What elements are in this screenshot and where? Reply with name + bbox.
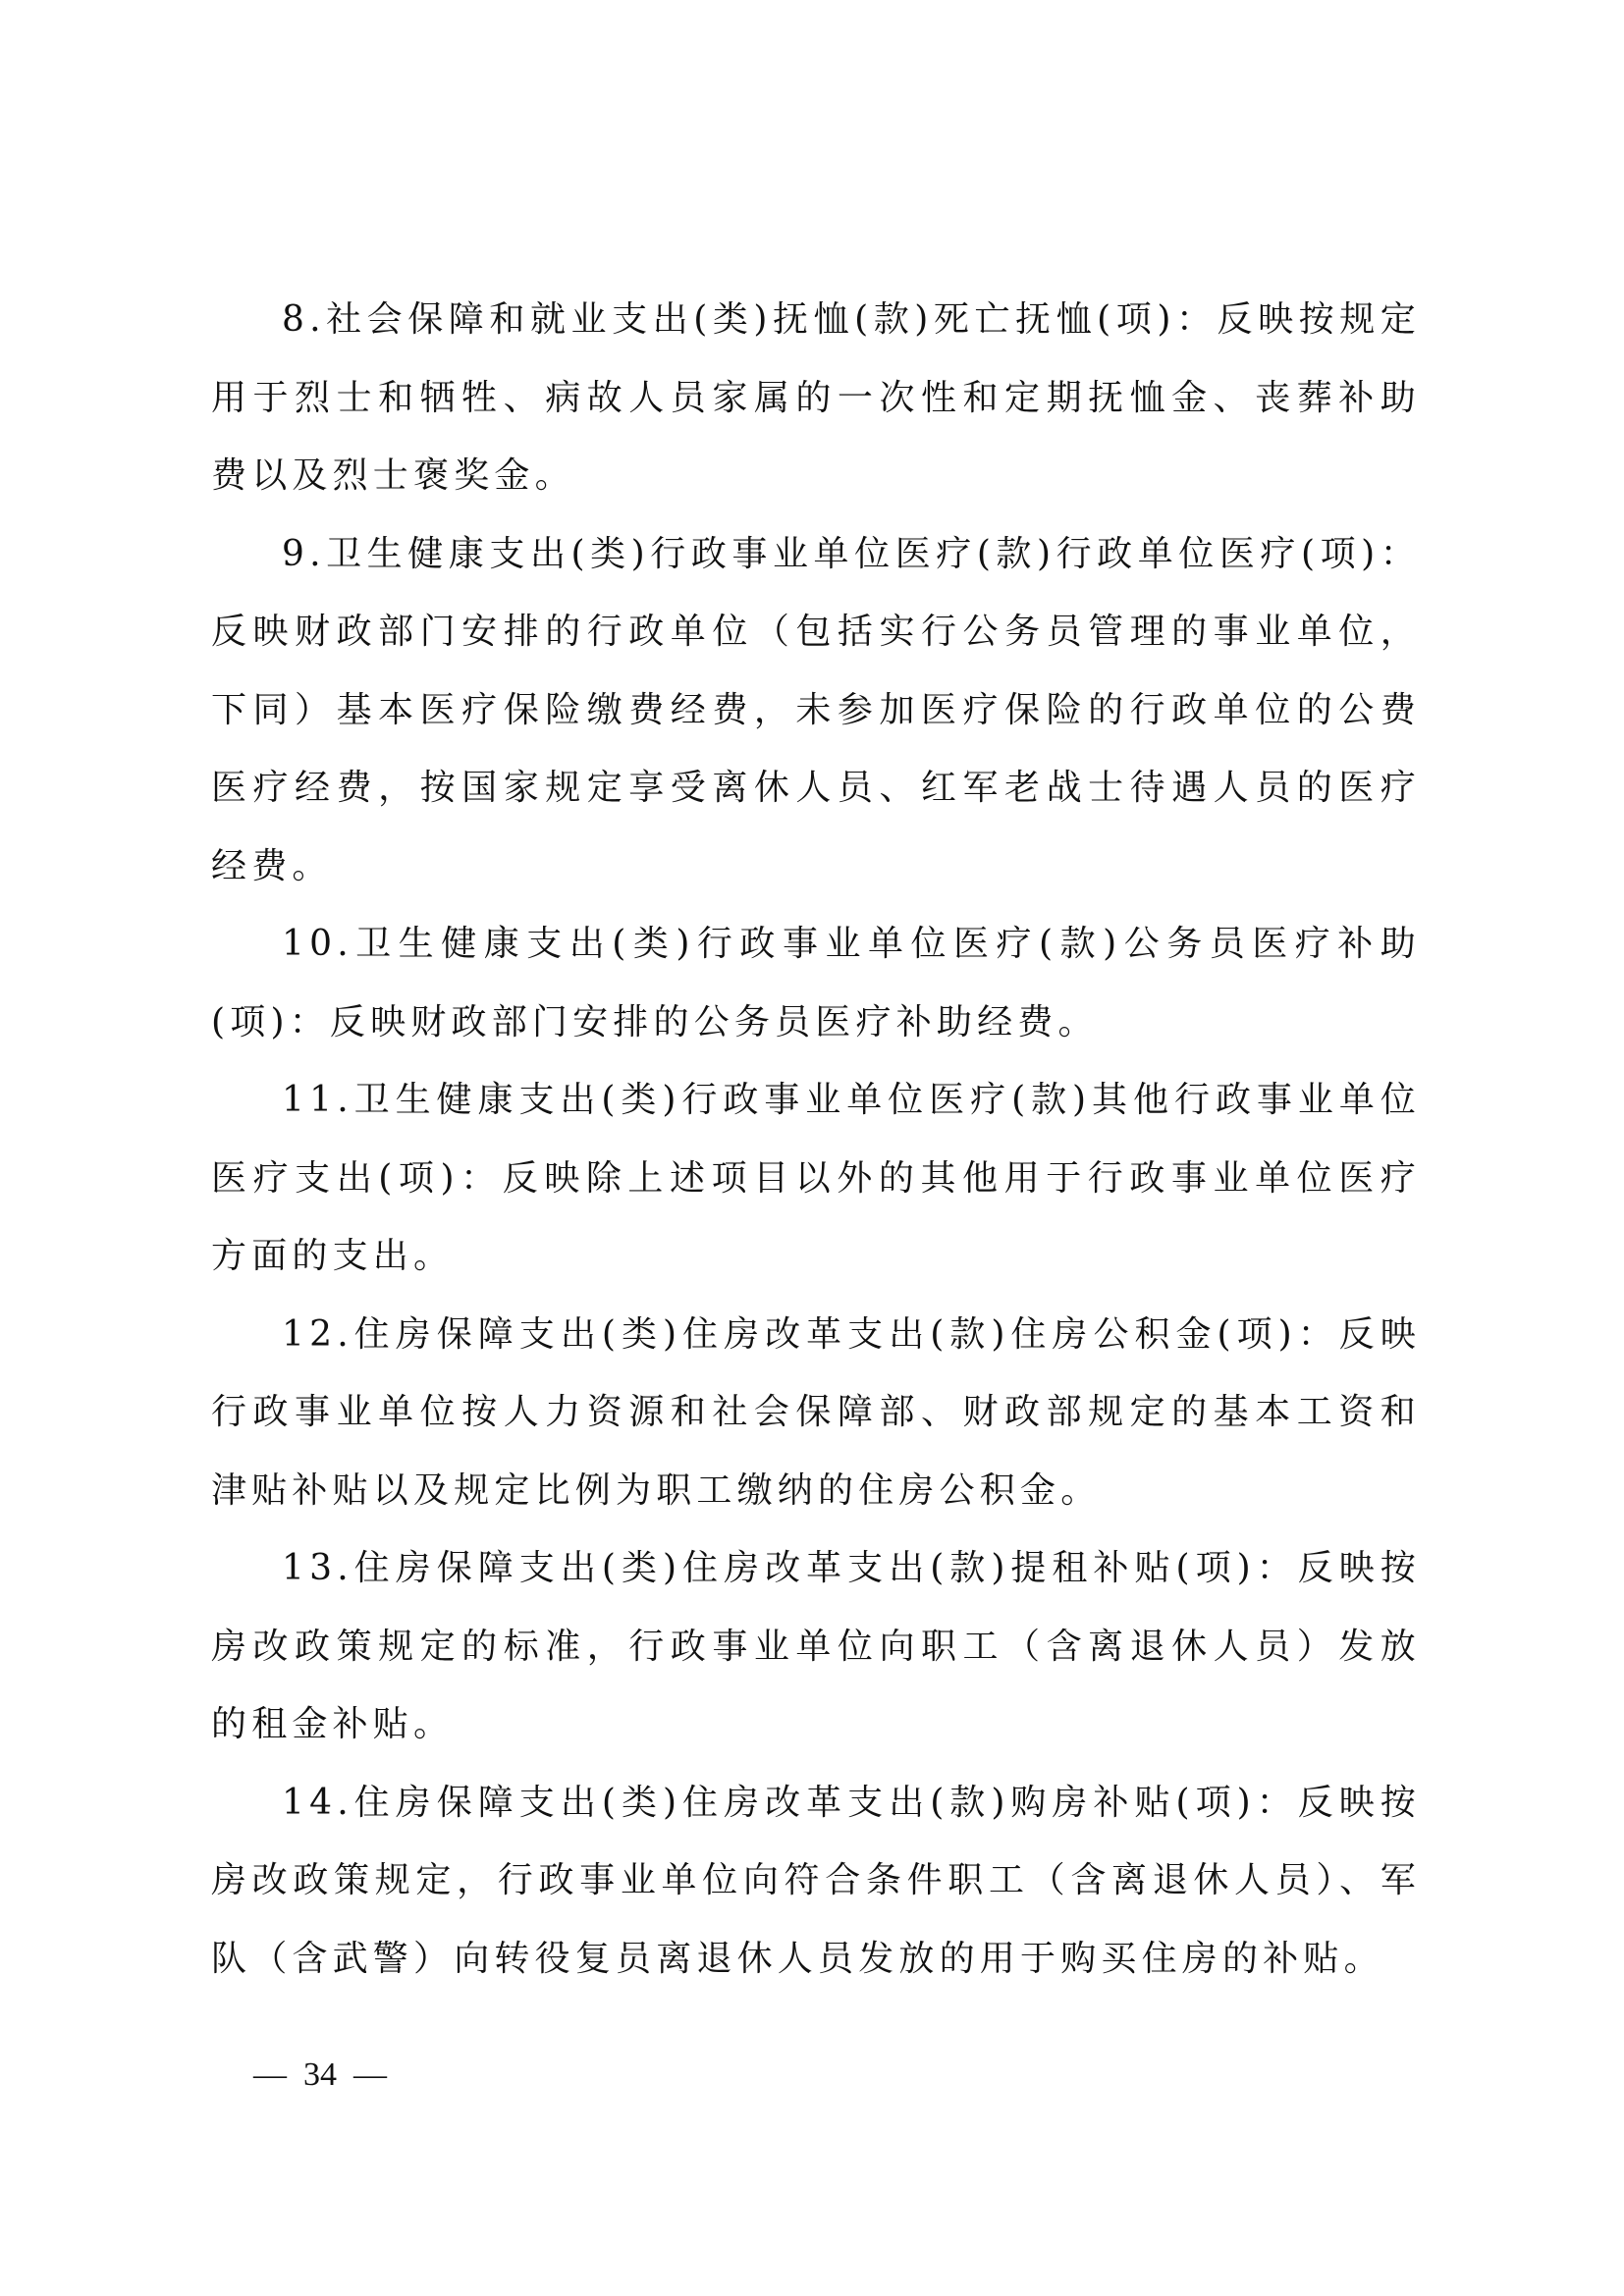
paragraph-item-11: 11.卫生健康支出(类)行政事业单位医疗(款)其他行政事业单位医疗支出(项)：反… (211, 1061, 1421, 1296)
paragraph-item-10: 10.卫生健康支出(类)行政事业单位医疗(款)公务员医疗补助(项)：反映财政部门… (211, 905, 1421, 1061)
paragraph-item-12: 12.住房保障支出(类)住房改革支出(款)住房公积金(项)：反映行政事业单位按人… (211, 1296, 1421, 1530)
paragraph-item-13: 13.住房保障支出(类)住房改革支出(款)提租补贴(项)：反映按房改政策规定的标… (211, 1529, 1421, 1764)
document-page: 8.社会保障和就业支出(类)抚恤(款)死亡抚恤(项)：反映按规定用于烈士和牺牲、… (211, 281, 1421, 1998)
paragraph-item-9: 9.卫生健康支出(类)行政事业单位医疗(款)行政单位医疗(项)：反映财政部门安排… (211, 515, 1421, 906)
paragraph-item-8: 8.社会保障和就业支出(类)抚恤(款)死亡抚恤(项)：反映按规定用于烈士和牺牲、… (211, 281, 1421, 515)
paragraph-item-14: 14.住房保障支出(类)住房改革支出(款)购房补贴(项)：反映按房改政策规定，行… (211, 1764, 1421, 1999)
page-number-footer: — 34 — (253, 2056, 387, 2095)
